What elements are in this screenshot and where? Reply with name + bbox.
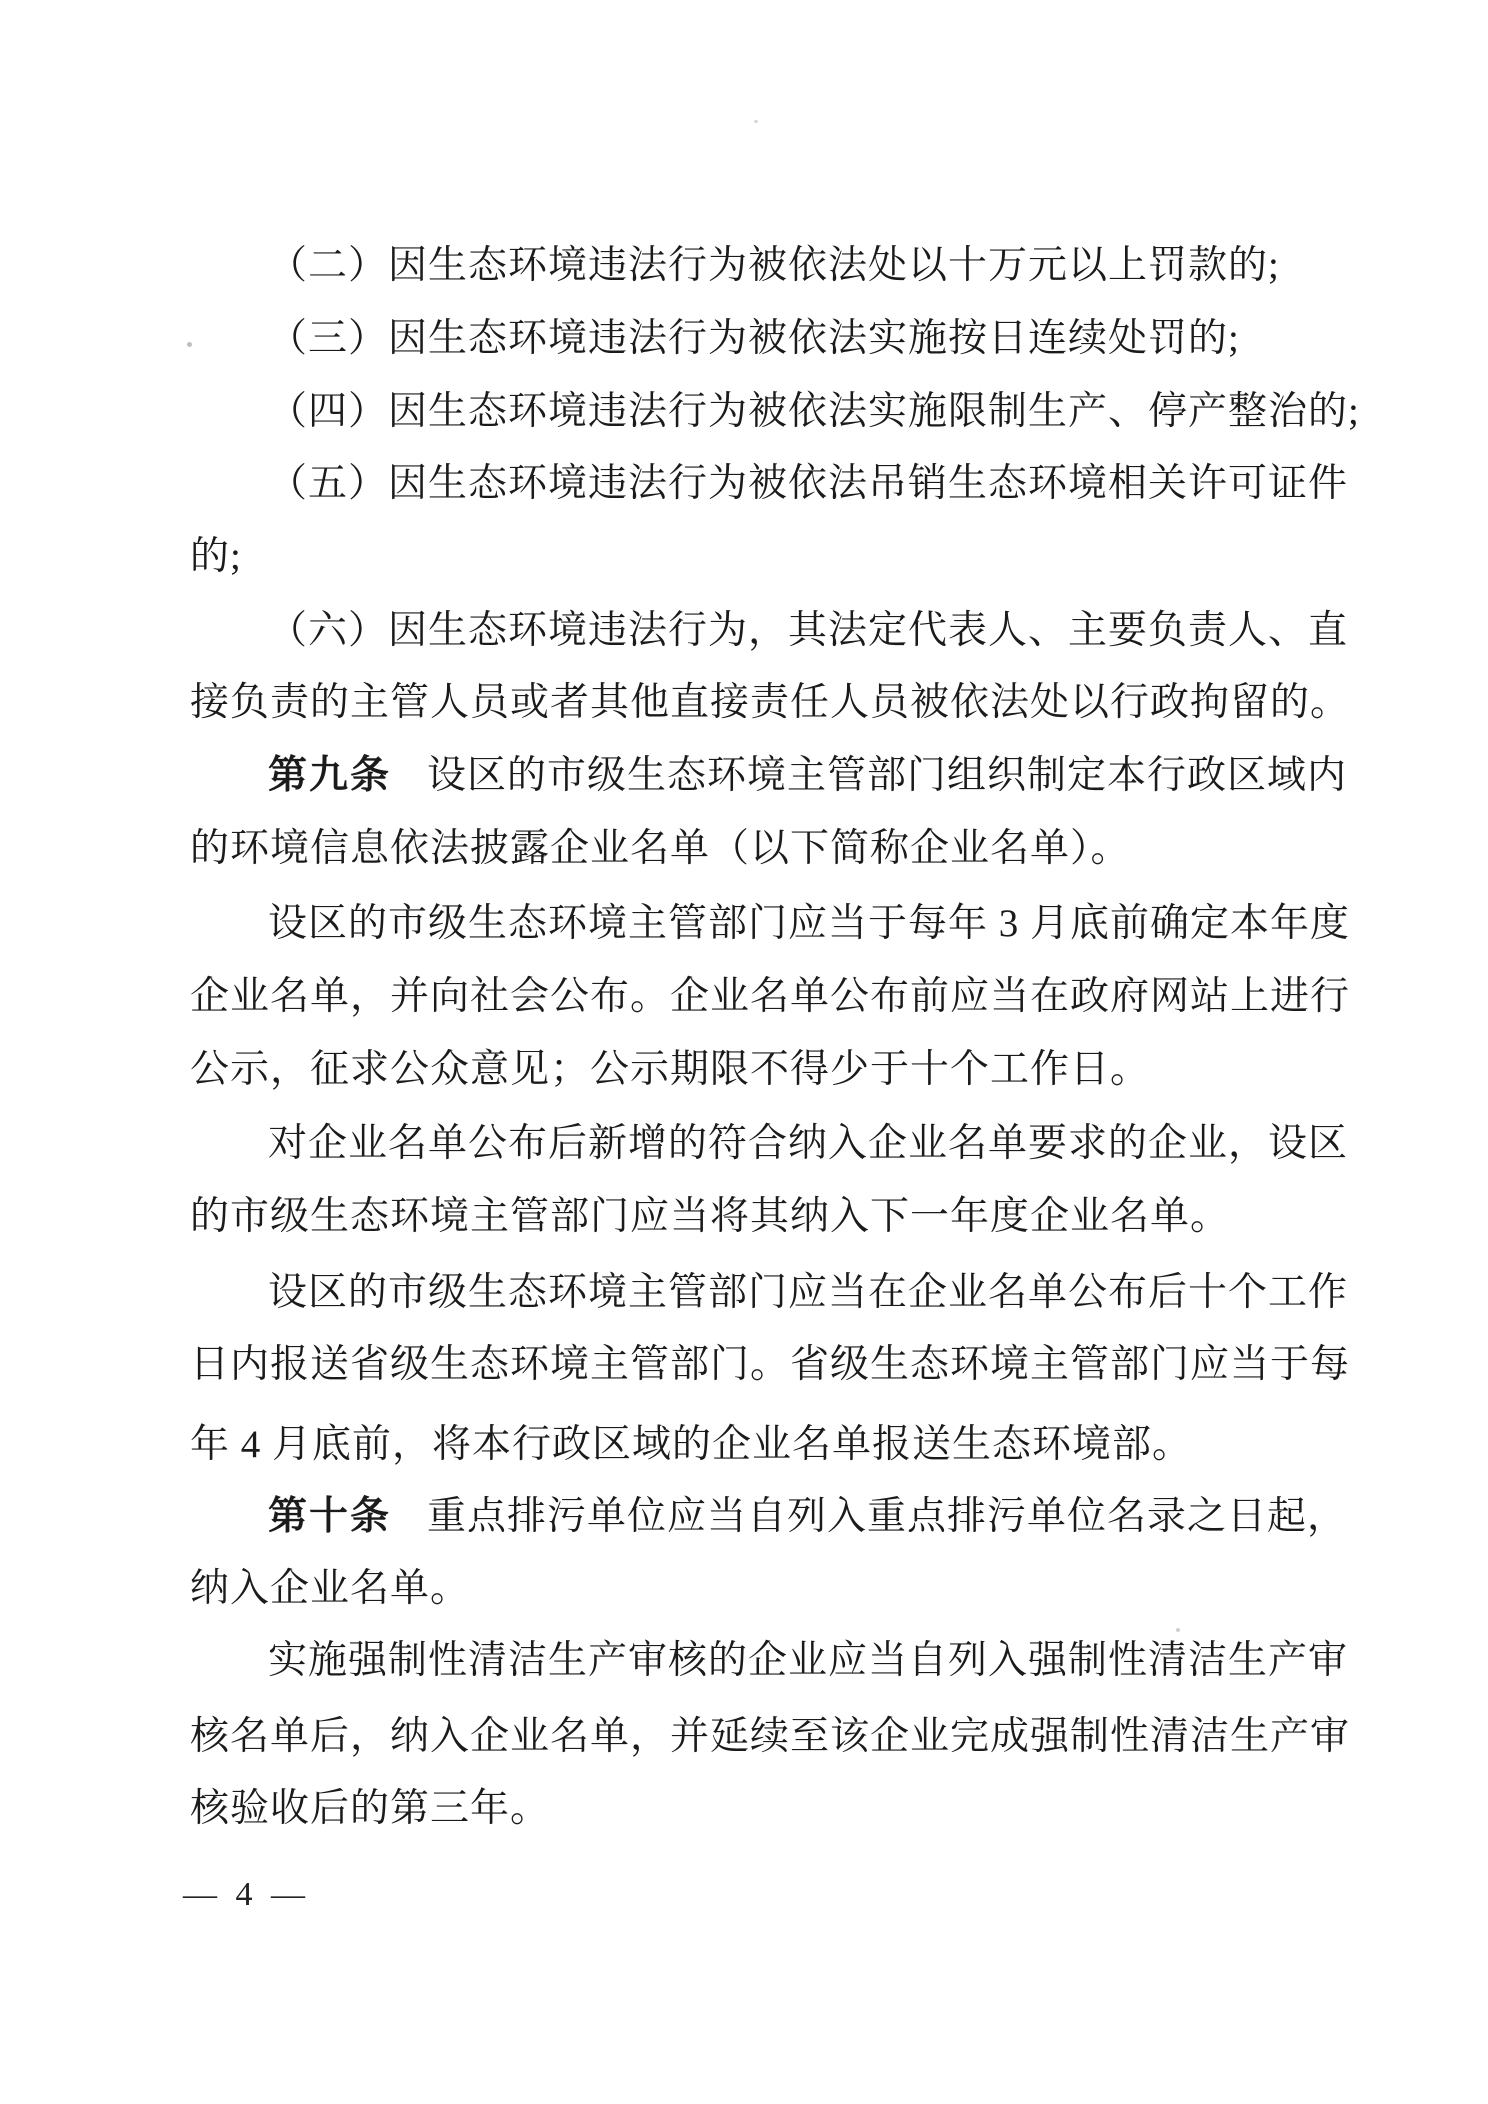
line-text: 设区的市级生态环境主管部门组织制定本行政区域内: [427, 754, 1347, 797]
document-line: 的;: [190, 536, 242, 578]
document-line: 纳入企业名单。: [190, 1568, 470, 1610]
document-line: （六）因生态环境违法行为，其法定代表人、主要负责人、直: [268, 610, 1348, 652]
document-line: （四）因生态环境违法行为被依法实施限制生产、停产整治的;: [268, 391, 1360, 433]
document-line: 企业名单，并向社会公布。企业名单公布前应当在政府网站上进行: [190, 976, 1350, 1018]
document-page: （二）因生态环境违法行为被依法处以十万元以上罚款的; （三）因生态环境违法行为被…: [0, 0, 1488, 2104]
document-line: （二）因生态环境违法行为被依法处以十万元以上罚款的;: [268, 245, 1280, 287]
document-line: 日内报送省级生态环境主管部门。省级生态环境主管部门应当于每: [190, 1344, 1350, 1386]
document-line: 接负责的主管人员或者其他直接责任人员被依法处以行政拘留的。: [190, 682, 1350, 724]
document-line: 的市级生态环境主管部门应当将其纳入下一年度企业名单。: [190, 1196, 1230, 1238]
line-text: 重点排污单位应当自列入重点排污单位名录之日起，: [427, 1495, 1347, 1538]
document-line: 实施强制性清洁生产审核的企业应当自列入强制性清洁生产审: [268, 1640, 1348, 1682]
document-line: （三）因生态环境违法行为被依法实施按日连续处罚的;: [268, 318, 1240, 360]
scan-speck: [1176, 1628, 1180, 1632]
article-ten-label: 第十条: [268, 1495, 391, 1538]
document-line: 公示，征求公众意见；公示期限不得少于十个工作日。: [190, 1049, 1150, 1091]
document-line: （五）因生态环境违法行为被依法吊销生态环境相关许可证件: [268, 463, 1348, 505]
article-nine-label: 第九条: [268, 754, 391, 797]
page-number: — 4 —: [183, 1876, 310, 1914]
scan-speck: [187, 342, 192, 347]
scan-speck: [754, 120, 758, 123]
document-line: 第九条设区的市级生态环境主管部门组织制定本行政区域内: [268, 755, 1347, 797]
document-line: 对企业名单公布后新增的符合纳入企业名单要求的企业，设区: [268, 1123, 1348, 1165]
document-line: 第十条重点排污单位应当自列入重点排污单位名录之日起，: [268, 1496, 1347, 1538]
document-line: 设区的市级生态环境主管部门应当于每年 3 月底前确定本年度: [268, 903, 1350, 945]
document-line: 核验收后的第三年。: [190, 1788, 550, 1830]
document-line: 设区的市级生态环境主管部门应当在企业名单公布后十个工作: [268, 1272, 1348, 1314]
document-line: 年 4 月底前，将本行政区域的企业名单报送生态环境部。: [190, 1424, 1192, 1466]
document-line: 的环境信息依法披露企业名单（以下简称企业名单）。: [190, 828, 1131, 870]
document-line: 核名单后，纳入企业名单，并延续至该企业完成强制性清洁生产审: [190, 1716, 1350, 1758]
